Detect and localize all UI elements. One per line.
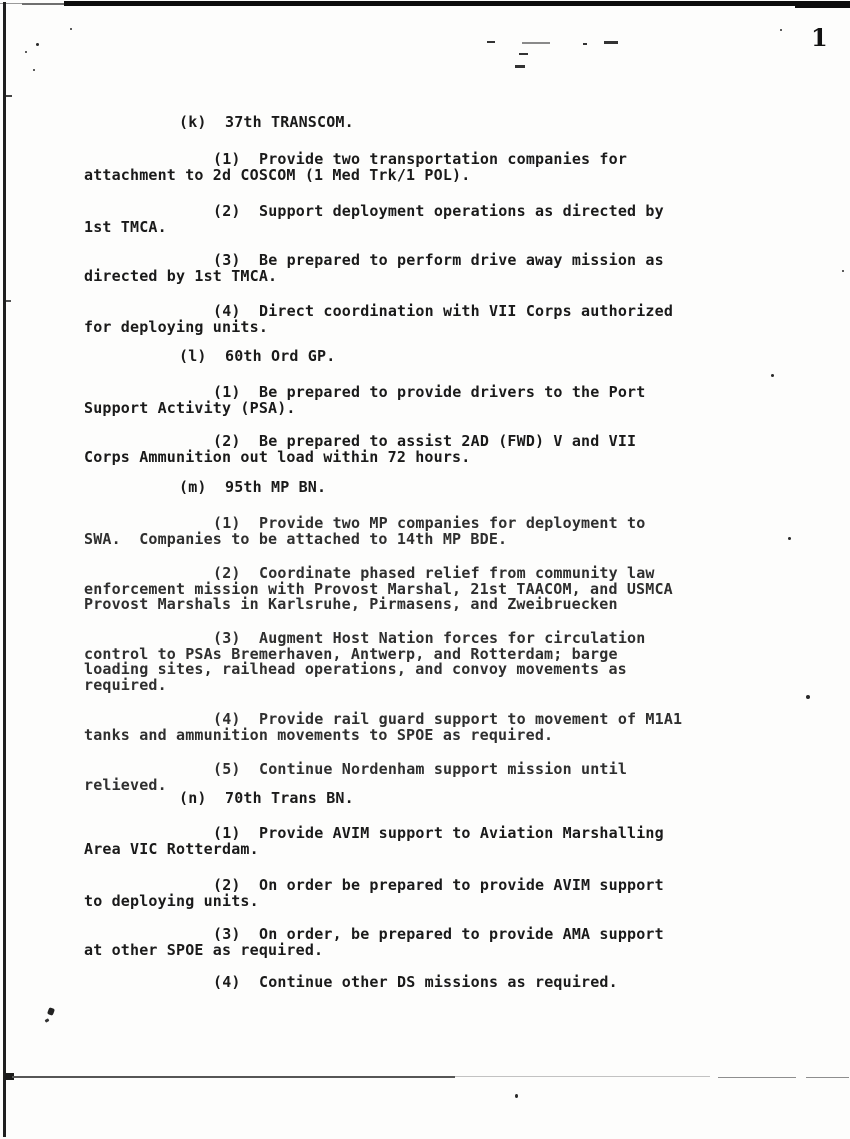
text-line: (n) 70th Trans BN. <box>84 791 844 807</box>
ink-speck <box>33 69 35 71</box>
text-line: 1st TMCA. <box>84 220 844 236</box>
paragraph: (1) Be prepared to provide drivers to th… <box>84 385 844 417</box>
ink-speck <box>36 43 39 46</box>
paragraph: (3) On order, be prepared to provide AMA… <box>84 927 844 959</box>
text-line: loading sites, railhead operations, and … <box>84 662 844 678</box>
text-line: (k) 37th TRANSCOM. <box>84 115 844 131</box>
paragraph: (2) Be prepared to assist 2AD (FWD) V an… <box>84 434 844 466</box>
paragraph: (2) On order be prepared to provide AVIM… <box>84 878 844 910</box>
text-line: tanks and ammunition movements to SPOE a… <box>84 728 844 744</box>
paragraph: (3) Augment Host Nation forces for circu… <box>84 631 844 694</box>
text-line: SWA. Companies to be attached to 14th MP… <box>84 532 844 548</box>
paragraph: (m) 95th MP BN. <box>84 480 844 496</box>
paragraph: (1) Provide two MP companies for deploym… <box>84 516 844 548</box>
ink-speck <box>70 28 72 30</box>
scan-bottom-edge-segment <box>806 1077 849 1078</box>
paragraph: (l) 60th Ord GP. <box>84 349 844 365</box>
paragraph: (4) Provide rail guard support to moveme… <box>84 712 844 744</box>
scan-top-edge-segment <box>22 3 64 5</box>
text-line: (4) Continue other DS missions as requir… <box>84 975 844 991</box>
document-body: (k) 37th TRANSCOM.(1) Provide two transp… <box>84 0 844 991</box>
scan-bottom-edge-segment <box>455 1076 710 1077</box>
paragraph: (3) Be prepared to perform drive away mi… <box>84 253 844 285</box>
paragraph: (2) Support deployment operations as dir… <box>84 204 844 236</box>
text-line: Support Activity (PSA). <box>84 401 844 417</box>
document-page: 1 (k) 37th TRANSCOM.(1) Provide two tran… <box>0 0 850 1139</box>
paragraph: (4) Continue other DS missions as requir… <box>84 975 844 991</box>
text-line: to deploying units. <box>84 894 844 910</box>
scan-left-edge-tick <box>6 300 11 302</box>
text-line: (l) 60th Ord GP. <box>84 349 844 365</box>
ink-speck <box>25 51 27 53</box>
handwritten-mark-stroke <box>47 1007 55 1016</box>
text-line: Corps Ammunition out load within 72 hour… <box>84 450 844 466</box>
paragraph: (k) 37th TRANSCOM. <box>84 115 844 131</box>
text-line: (5) Continue Nordenham support mission u… <box>84 762 844 778</box>
ink-speck <box>515 1094 518 1098</box>
scan-left-edge-tick <box>6 95 12 97</box>
text-line: for deploying units. <box>84 320 844 336</box>
text-line: required. <box>84 678 844 694</box>
text-line: directed by 1st TMCA. <box>84 269 844 285</box>
text-line: at other SPOE as required. <box>84 943 844 959</box>
handwritten-mark-stroke <box>45 1018 50 1023</box>
scan-bottom-edge-segment <box>718 1077 796 1078</box>
text-line: (2) Support deployment operations as dir… <box>84 204 844 220</box>
paragraph: (1) Provide two transportation companies… <box>84 152 844 184</box>
text-line: Provost Marshals in Karlsruhe, Pirmasens… <box>84 597 844 613</box>
text-line: Area VIC Rotterdam. <box>84 842 844 858</box>
text-line: (m) 95th MP BN. <box>84 480 844 496</box>
paragraph: (2) Coordinate phased relief from commun… <box>84 566 844 613</box>
scan-bottom-edge-segment <box>12 1076 455 1078</box>
paragraph: (1) Provide AVIM support to Aviation Mar… <box>84 826 844 858</box>
scan-left-edge-artifact <box>3 2 6 1137</box>
paragraph: (n) 70th Trans BN. <box>84 791 844 807</box>
text-line: attachment to 2d COSCOM (1 Med Trk/1 POL… <box>84 168 844 184</box>
paragraph: (4) Direct coordination with VII Corps a… <box>84 304 844 336</box>
